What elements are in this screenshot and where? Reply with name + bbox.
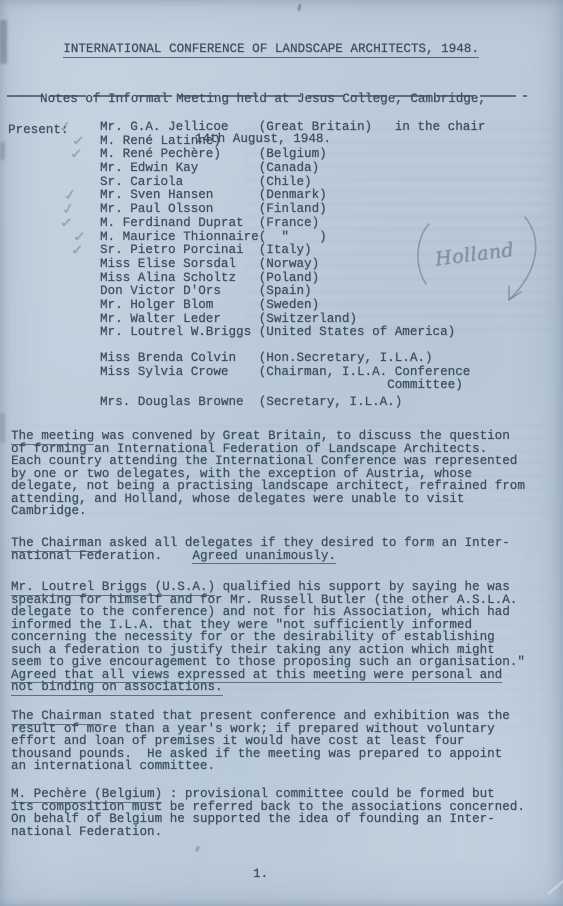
paragraph-line: seem to give encouragement to those prop… <box>11 656 525 669</box>
scan-edge-mark <box>0 20 7 64</box>
paragraph: Mr. Loutrel Briggs (U.S.A.) qualified hi… <box>11 581 525 694</box>
paragraph-line: an international committee. <box>11 760 510 773</box>
paragraph: The Chairman asked all delegates if they… <box>11 537 510 562</box>
paragraph-line: not binding on associations. <box>11 681 525 694</box>
paragraph-line: attending, and Holland, whose delegates … <box>11 493 525 506</box>
page-number: 1. <box>253 867 268 881</box>
paragraph-line: national Federation. Agreed unanimously. <box>11 550 510 563</box>
scan-edge-mark <box>0 142 5 160</box>
paragraph-line: Cambridge. <box>11 505 525 518</box>
document-page: INTERNATIONAL CONFERENCE OF LANDSCAPE AR… <box>0 0 563 906</box>
paragraph: The meeting was convened by Great Britai… <box>11 430 525 518</box>
scan-edge-mark <box>0 413 5 443</box>
minutes-paragraphs: The meeting was convened by Great Britai… <box>0 0 563 906</box>
paragraph-line: national Federation. <box>11 826 525 839</box>
paragraph: M. Pechère (Belgium) : provisional commi… <box>11 788 525 838</box>
paragraph: The Chairman stated that present confere… <box>11 710 510 773</box>
